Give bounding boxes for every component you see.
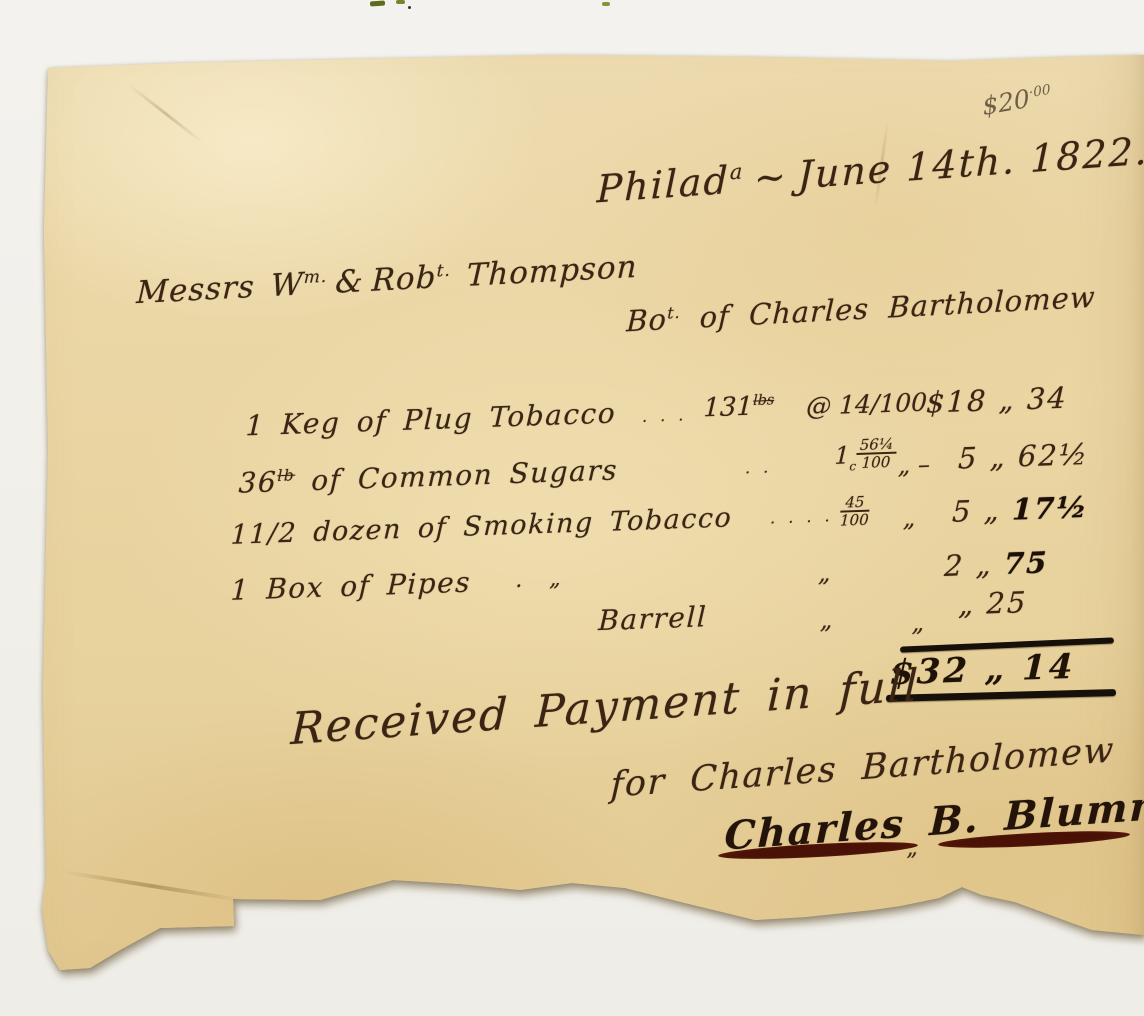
dateline: Philada~June 14th. 1822.	[596, 129, 1144, 212]
name1-superscript: m.	[304, 267, 328, 288]
rate-prefix: 1	[834, 441, 850, 470]
messrs-label: Messrs	[136, 269, 256, 311]
date-text: June 14th. 1822.	[797, 129, 1144, 198]
item-rate-fraction: 45100	[840, 494, 870, 529]
amount-separator: „	[989, 440, 1007, 475]
bot-abbrev: Bo	[626, 302, 668, 338]
received-payment-line: Received Payment in full	[290, 660, 921, 755]
amount-cents-overwritten: 75	[1003, 545, 1049, 581]
amount-cents: 34	[1026, 381, 1068, 416]
item-rate-fraction: 1c56¼100	[834, 436, 897, 474]
item-amount: „ 25	[958, 585, 1028, 621]
pencil-price-note: $20·00	[981, 80, 1053, 121]
pencil-price-amount: $20	[981, 84, 1031, 121]
amount-dollars: 5	[958, 441, 980, 476]
pencil-price-cents: ·00	[1028, 82, 1051, 102]
item-desc: 1 Box of Pipes	[230, 565, 472, 606]
leader-dots: · · · ·	[770, 511, 834, 532]
ditto-mark: „ –	[898, 450, 931, 479]
leader-dots: . „	[515, 566, 571, 593]
seller-name: of Charles Bartholomew	[699, 280, 1096, 335]
amount-cents: 62½	[1017, 437, 1089, 474]
signature-flourish-mark: „	[905, 836, 918, 862]
amount-dollars: 2	[944, 548, 966, 583]
desc-unit: lb	[277, 466, 295, 485]
paper-crease	[63, 870, 241, 902]
place-superscript: a	[730, 159, 745, 184]
desc-number: 36	[238, 465, 278, 499]
amount-separator: „	[958, 587, 976, 622]
ditto-mark: „	[903, 504, 916, 532]
paper-shadow: $20·00 Philada~June 14th. 1822. MessrsWm…	[0, 0, 1144, 1016]
bought-of-line: Bot. of Charles Bartholomew	[626, 280, 1096, 339]
total-dollars: 32	[916, 650, 971, 692]
ditto-mark: „	[911, 609, 924, 637]
rate-fraction: 45100	[840, 494, 870, 529]
weight-unit: lbs	[753, 392, 775, 409]
receipt-paper: $20·00 Philada~June 14th. 1822. MessrsWm…	[0, 0, 1144, 1016]
amount-separator: „	[983, 493, 1001, 528]
total-cents: 14	[1022, 647, 1077, 689]
ditto-mark: „	[819, 606, 832, 634]
item-desc: 1 Keg of Plug Tobacco	[245, 396, 617, 442]
item-weight: 131lbs	[703, 391, 775, 424]
ampersand: &	[335, 263, 365, 301]
amount-separator: „	[975, 547, 993, 582]
amount-dollars: 5	[952, 494, 974, 529]
amount-separator: „	[984, 649, 1008, 690]
leader-dots: · · ·	[642, 410, 688, 431]
item-desc: Barrell	[598, 600, 708, 637]
rate-fraction: 56¼100	[856, 436, 897, 472]
item-amount: 2 „ 75	[944, 545, 1049, 583]
item-amount: 5 „ 17½	[952, 490, 1090, 529]
name2-superscript: t.	[436, 260, 451, 281]
amount-cents: 25	[986, 585, 1028, 620]
amount-separator: „	[998, 382, 1016, 417]
item-amount: 5 „ 62½	[958, 437, 1090, 476]
name2: Rob	[371, 259, 437, 299]
item-amount: $18 „ 34	[926, 381, 1069, 420]
bot-superscript: t.	[667, 303, 681, 323]
name1: W	[270, 266, 304, 304]
pen-flourish: ~	[754, 154, 789, 201]
amount-cents-overwritten: 17½	[1011, 490, 1089, 527]
fraction-denominator: 100	[840, 512, 869, 529]
amount-dollars: 18	[946, 383, 988, 418]
scanned-receipt-scene: $20·00 Philada~June 14th. 1822. MessrsWm…	[0, 0, 1144, 1016]
surname: Thompson	[466, 249, 638, 294]
paper-crease	[127, 83, 204, 144]
addressee-line: MessrsWm.&Robt.Thompson	[136, 249, 638, 311]
fraction-denominator: 100	[856, 454, 896, 472]
dollar-sign: $	[926, 385, 948, 420]
fraction-numerator: 56¼	[856, 436, 896, 456]
item-rate: @ 14/100	[806, 388, 928, 421]
leader-dots: · ·	[745, 462, 773, 482]
weight-number: 131	[703, 392, 754, 424]
place-name: Philad	[596, 158, 730, 211]
ditto-mark: „	[818, 559, 831, 587]
